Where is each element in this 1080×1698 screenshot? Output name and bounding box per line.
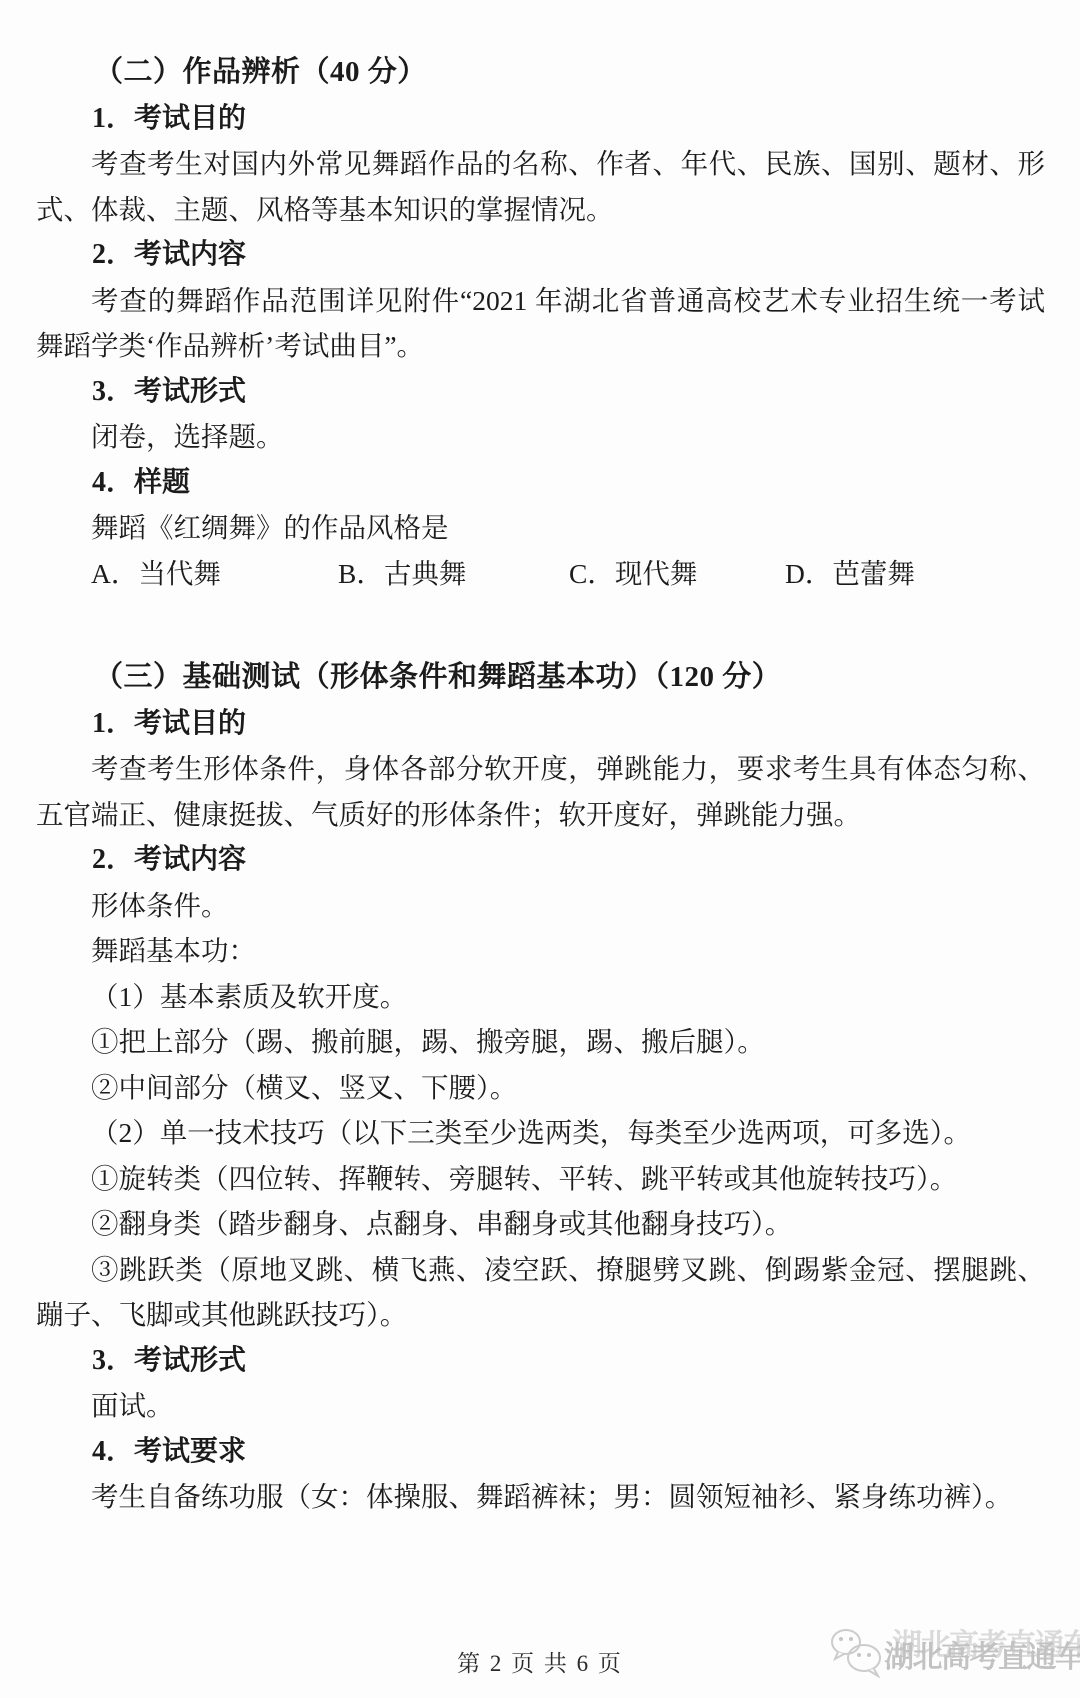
sub-heading: 2．考试内容 [36,232,1045,278]
paragraph: ②翻身类（踏步翻身、点翻身、串翻身或其他翻身技巧）。 [36,1201,1045,1247]
paragraph: ①旋转类（四位转、挥鞭转、旁腿转、平转、跳平转或其他旋转技巧）。 [36,1156,1045,1202]
sub-heading: 3．考试形式 [36,369,1045,415]
section-heading-3: （三）基础测试（形体条件和舞蹈基本功）（120 分） [36,655,1045,701]
paragraph: （1）基本素质及软开度。 [36,974,1045,1020]
paragraph: ①把上部分（踢、搬前腿，踢、搬旁腿，踢、搬后腿）。 [36,1019,1045,1065]
paragraph: 考查考生对国内外常见舞蹈作品的名称、作者、年代、民族、国别、题材、形式、体裁、主… [36,141,1045,232]
sub-heading: 1．考试目的 [36,701,1045,747]
document-page: （二）作品辨析（40 分）1．考试目的考查考生对国内外常见舞蹈作品的名称、作者、… [0,0,1080,1698]
choice-options-row: A．当代舞B．古典舞C．现代舞D．芭蕾舞 [36,551,1045,597]
paragraph: 闭卷，选择题。 [36,414,1045,460]
choice-option: C．现代舞 [569,551,785,597]
paragraph: ③跳跃类（原地叉跳、横飞燕、凌空跃、撩腿劈叉跳、倒踢紫金冠、摆腿跳、蹦子、飞脚或… [36,1247,1045,1338]
paragraph: 考查的舞蹈作品范围详见附件“2021 年湖北省普通高校艺术专业招生统一考试舞蹈学… [36,278,1045,369]
paragraph: 考生自备练功服（女：体操服、舞蹈裤袜；男：圆领短袖衫、紧身练功裤）。 [36,1474,1045,1520]
page-number-indicator: 第 2 页 共 6 页 [457,1651,623,1676]
document-body: （二）作品辨析（40 分）1．考试目的考查考生对国内外常见舞蹈作品的名称、作者、… [36,50,1045,1520]
sub-heading: 1．考试目的 [36,96,1045,142]
paragraph: 形体条件。 [36,883,1045,929]
sub-heading: 4．考试要求 [36,1429,1045,1475]
sub-heading: 2．考试内容 [36,837,1045,883]
sub-heading: 4．样题 [36,460,1045,506]
choice-option: A．当代舞 [91,551,338,597]
paragraph: （2）单一技术技巧（以下三类至少选两类，每类至少选两项，可多选）。 [36,1110,1045,1156]
paragraph: 舞蹈《红绸舞》的作品风格是 [36,505,1045,551]
paragraph: 舞蹈基本功： [36,928,1045,974]
choice-option: B．古典舞 [338,551,569,597]
paragraph: 面试。 [36,1383,1045,1429]
choice-option: D．芭蕾舞 [785,551,915,597]
sub-heading: 3．考试形式 [36,1338,1045,1384]
paragraph: 考查考生形体条件，身体各部分软开度，弹跳能力，要求考生具有体态匀称、五官端正、健… [36,746,1045,837]
page-footer: 第 2 页 共 6 页 [0,1645,1080,1678]
paragraph: ②中间部分（横叉、竖叉、下腰）。 [36,1065,1045,1111]
section-heading-2: （二）作品辨析（40 分） [36,50,1045,96]
